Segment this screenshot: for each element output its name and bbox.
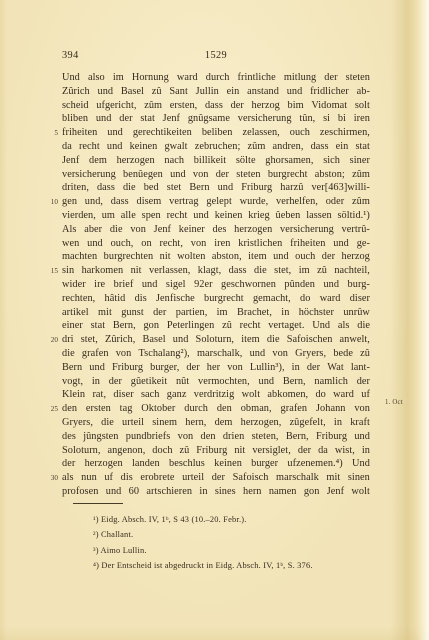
text-line: Soloturn,angenon,dochzûFriburgnitversigl… bbox=[62, 444, 370, 458]
text-line: 30alsnunufdiserobreteurteilderSafoischma… bbox=[62, 471, 370, 485]
text-line: artikelmitgunstderpartien,imBrachet,inhö… bbox=[62, 306, 370, 320]
text-line: derherzogenlandenbeschluskeinenburgerufz… bbox=[62, 457, 370, 471]
text-line: driten,dassdiebedstetBernundFriburgharzû… bbox=[62, 181, 370, 195]
line-number: 20 bbox=[45, 335, 58, 346]
text-line: 25denerstentagOktoberdurchdenobman,grafe… bbox=[62, 402, 370, 416]
line-number: 10 bbox=[45, 197, 58, 208]
text-line: 20dristet,Zûrich,BaselundSoloturn,itemdi… bbox=[62, 333, 370, 347]
footnote-item: ⁴) Der Entscheid ist abgedruckt in Eidg.… bbox=[93, 558, 383, 573]
page-header: 394 1529 bbox=[62, 50, 370, 64]
text-line: rechten,hâtiddisJenfischeburgrechtgemach… bbox=[62, 292, 370, 306]
text-line: einerstatBern,gonPeterlingenzûrechtverta… bbox=[62, 319, 370, 333]
text-line: darechtundkeinengwaltzebruchen;zûmandren… bbox=[62, 140, 370, 154]
footnote-separator bbox=[73, 503, 123, 504]
footnotes: ¹) Eidg. Absch. IV, 1ᵇ, S 43 (10.–20. Fe… bbox=[93, 512, 383, 573]
text-line: UndalsoimHornungwarddurchfrintlichemitlu… bbox=[62, 71, 370, 85]
text-line: vierden,umallespenrechtundkeinenkriegûeb… bbox=[62, 209, 370, 223]
text-line: blibenundderstatJenfgnûgsameversicherung… bbox=[62, 112, 370, 126]
line-number: 5 bbox=[45, 128, 58, 139]
text-line: 5friheitenundgerechtikeitenbelibenzelass… bbox=[62, 126, 370, 140]
text-line: diegrafenvonTschalang²),marschalk,undvon… bbox=[62, 347, 370, 361]
line-number: 25 bbox=[45, 404, 58, 415]
text-line: versicherungbenûegenundvonderstetenburgr… bbox=[62, 168, 370, 182]
footnote-item: ³) Aimo Lullin. bbox=[93, 543, 383, 558]
text-line: 10genund,dassdisemvertraggeleptwurde,ver… bbox=[62, 195, 370, 209]
line-number: 30 bbox=[45, 473, 58, 484]
text-line: ZûrichundBaselzûSantJullineinanstandundf… bbox=[62, 85, 370, 99]
text-line: desjûngstenpundbriefsvondendriensteten,B… bbox=[62, 430, 370, 444]
text-line: Jenfdemherzogennachbillikeitsölteghorsam… bbox=[62, 154, 370, 168]
text-line: 15sinharkomennitverlassen,klagt,dassdies… bbox=[62, 264, 370, 278]
line-number: 15 bbox=[45, 266, 58, 277]
text-line: Kleinrat,disersachganzverdritzigwoltabko… bbox=[62, 388, 370, 402]
text-line: AlsaberdievonJenfkeinerdesherzogenversic… bbox=[62, 223, 370, 237]
footnote-item: ²) Challant. bbox=[93, 527, 383, 542]
year-number: 1529 bbox=[62, 50, 370, 61]
text-line: machtenburgrechtennitwoltenabston,itemun… bbox=[62, 250, 370, 264]
text-line: BernundFriburgburger,derhervonLullin³),i… bbox=[62, 361, 370, 375]
text-line: wenundouch,onrecht,vonirenkristlichenfri… bbox=[62, 237, 370, 251]
text-line: Gryers,dieurteilsinemhern,demherzogen,zû… bbox=[62, 416, 370, 430]
text-line: vogt,indergûetikeitnûtvermochten,undBern… bbox=[62, 375, 370, 389]
text-line: widerirebriefundsigel92ergeschwornenpûnd… bbox=[62, 278, 370, 292]
footnote-item: ¹) Eidg. Absch. IV, 1ᵇ, S 43 (10.–20. Fe… bbox=[93, 512, 383, 527]
text-line: profosenund60artschiereninsineshernnamen… bbox=[62, 485, 370, 499]
scanned-book-page: { "page_header": { "left_number": "394",… bbox=[0, 0, 429, 640]
margin-note-date: 1. Oct bbox=[385, 399, 403, 406]
text-line: scheidufgericht,zûmersten,dassderherzogb… bbox=[62, 99, 370, 113]
text-lines: UndalsoimHornungwarddurchfrintlichemitlu… bbox=[62, 71, 370, 499]
